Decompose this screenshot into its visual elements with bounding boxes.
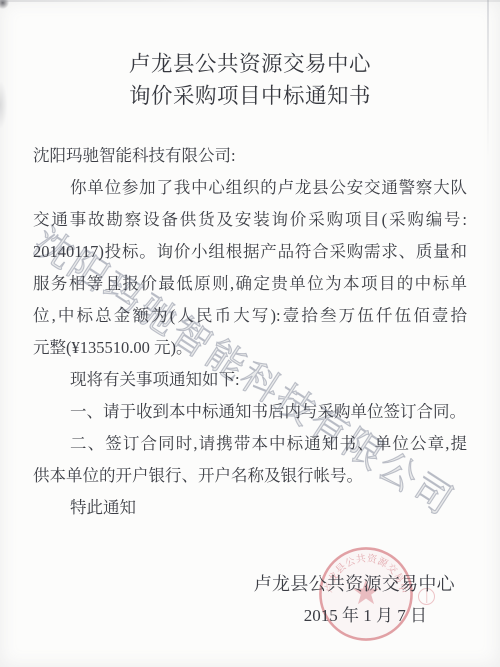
body-line: 交通事故勘察设备供货及安装询价采购项目(采购编号: (33, 204, 467, 236)
doc-title-notice: 询价采购项目中标通知书 (0, 80, 500, 112)
body-line: 服务相等且报价最低原则,确定贵单位为本项目的中标单 (33, 268, 467, 300)
body-line-item-1: 一、请于收到本中标通知书后内与采购单位签订合同。 (33, 396, 467, 428)
body-line: 现将有关事项通知如下: (33, 364, 467, 396)
body-line: 供本单位的开户银行、开户名称及银行帐号。 (33, 460, 467, 492)
addressee-line: 沈阳玛驰智能科技有限公司: (33, 140, 467, 172)
signature-date: 2015 年 1 月 7 日 (304, 601, 427, 626)
body-line-item-2: 二、签订合同时,请携带本中标通知书、单位公章,提 (33, 428, 467, 460)
closing-line: 特此通知 (33, 492, 467, 524)
document-header: 卢龙县公共资源交易中心 询价采购项目中标通知书 (0, 48, 500, 112)
document-body: 沈阳玛驰智能科技有限公司: 你单位参加了我中心组织的卢龙县公安交通警察大队 交通… (33, 140, 467, 524)
body-line: 20140117)投标。询价小组根据产品符合采购需求、质量和 (33, 236, 467, 268)
scan-edge-shadow-top (0, 0, 500, 2)
body-line-award-amount: 元整(¥135510.00 元)。 (33, 332, 467, 364)
scanned-document-page: 沈阳玛驰智能科技有限公司 卢龙县公共资源交易中心 卢龙县公共资源交易中心 询价采… (0, 0, 500, 667)
body-line: 你单位参加了我中心组织的卢龙县公安交通警察大队 (33, 172, 467, 204)
body-line: 位,中标总金额为(人民币大写):壹拾叁万伍仟伍佰壹拾 (33, 300, 467, 332)
doc-title-org: 卢龙县公共资源交易中心 (0, 48, 500, 80)
signature-organization: 卢龙县公共资源交易中心 (254, 570, 455, 596)
